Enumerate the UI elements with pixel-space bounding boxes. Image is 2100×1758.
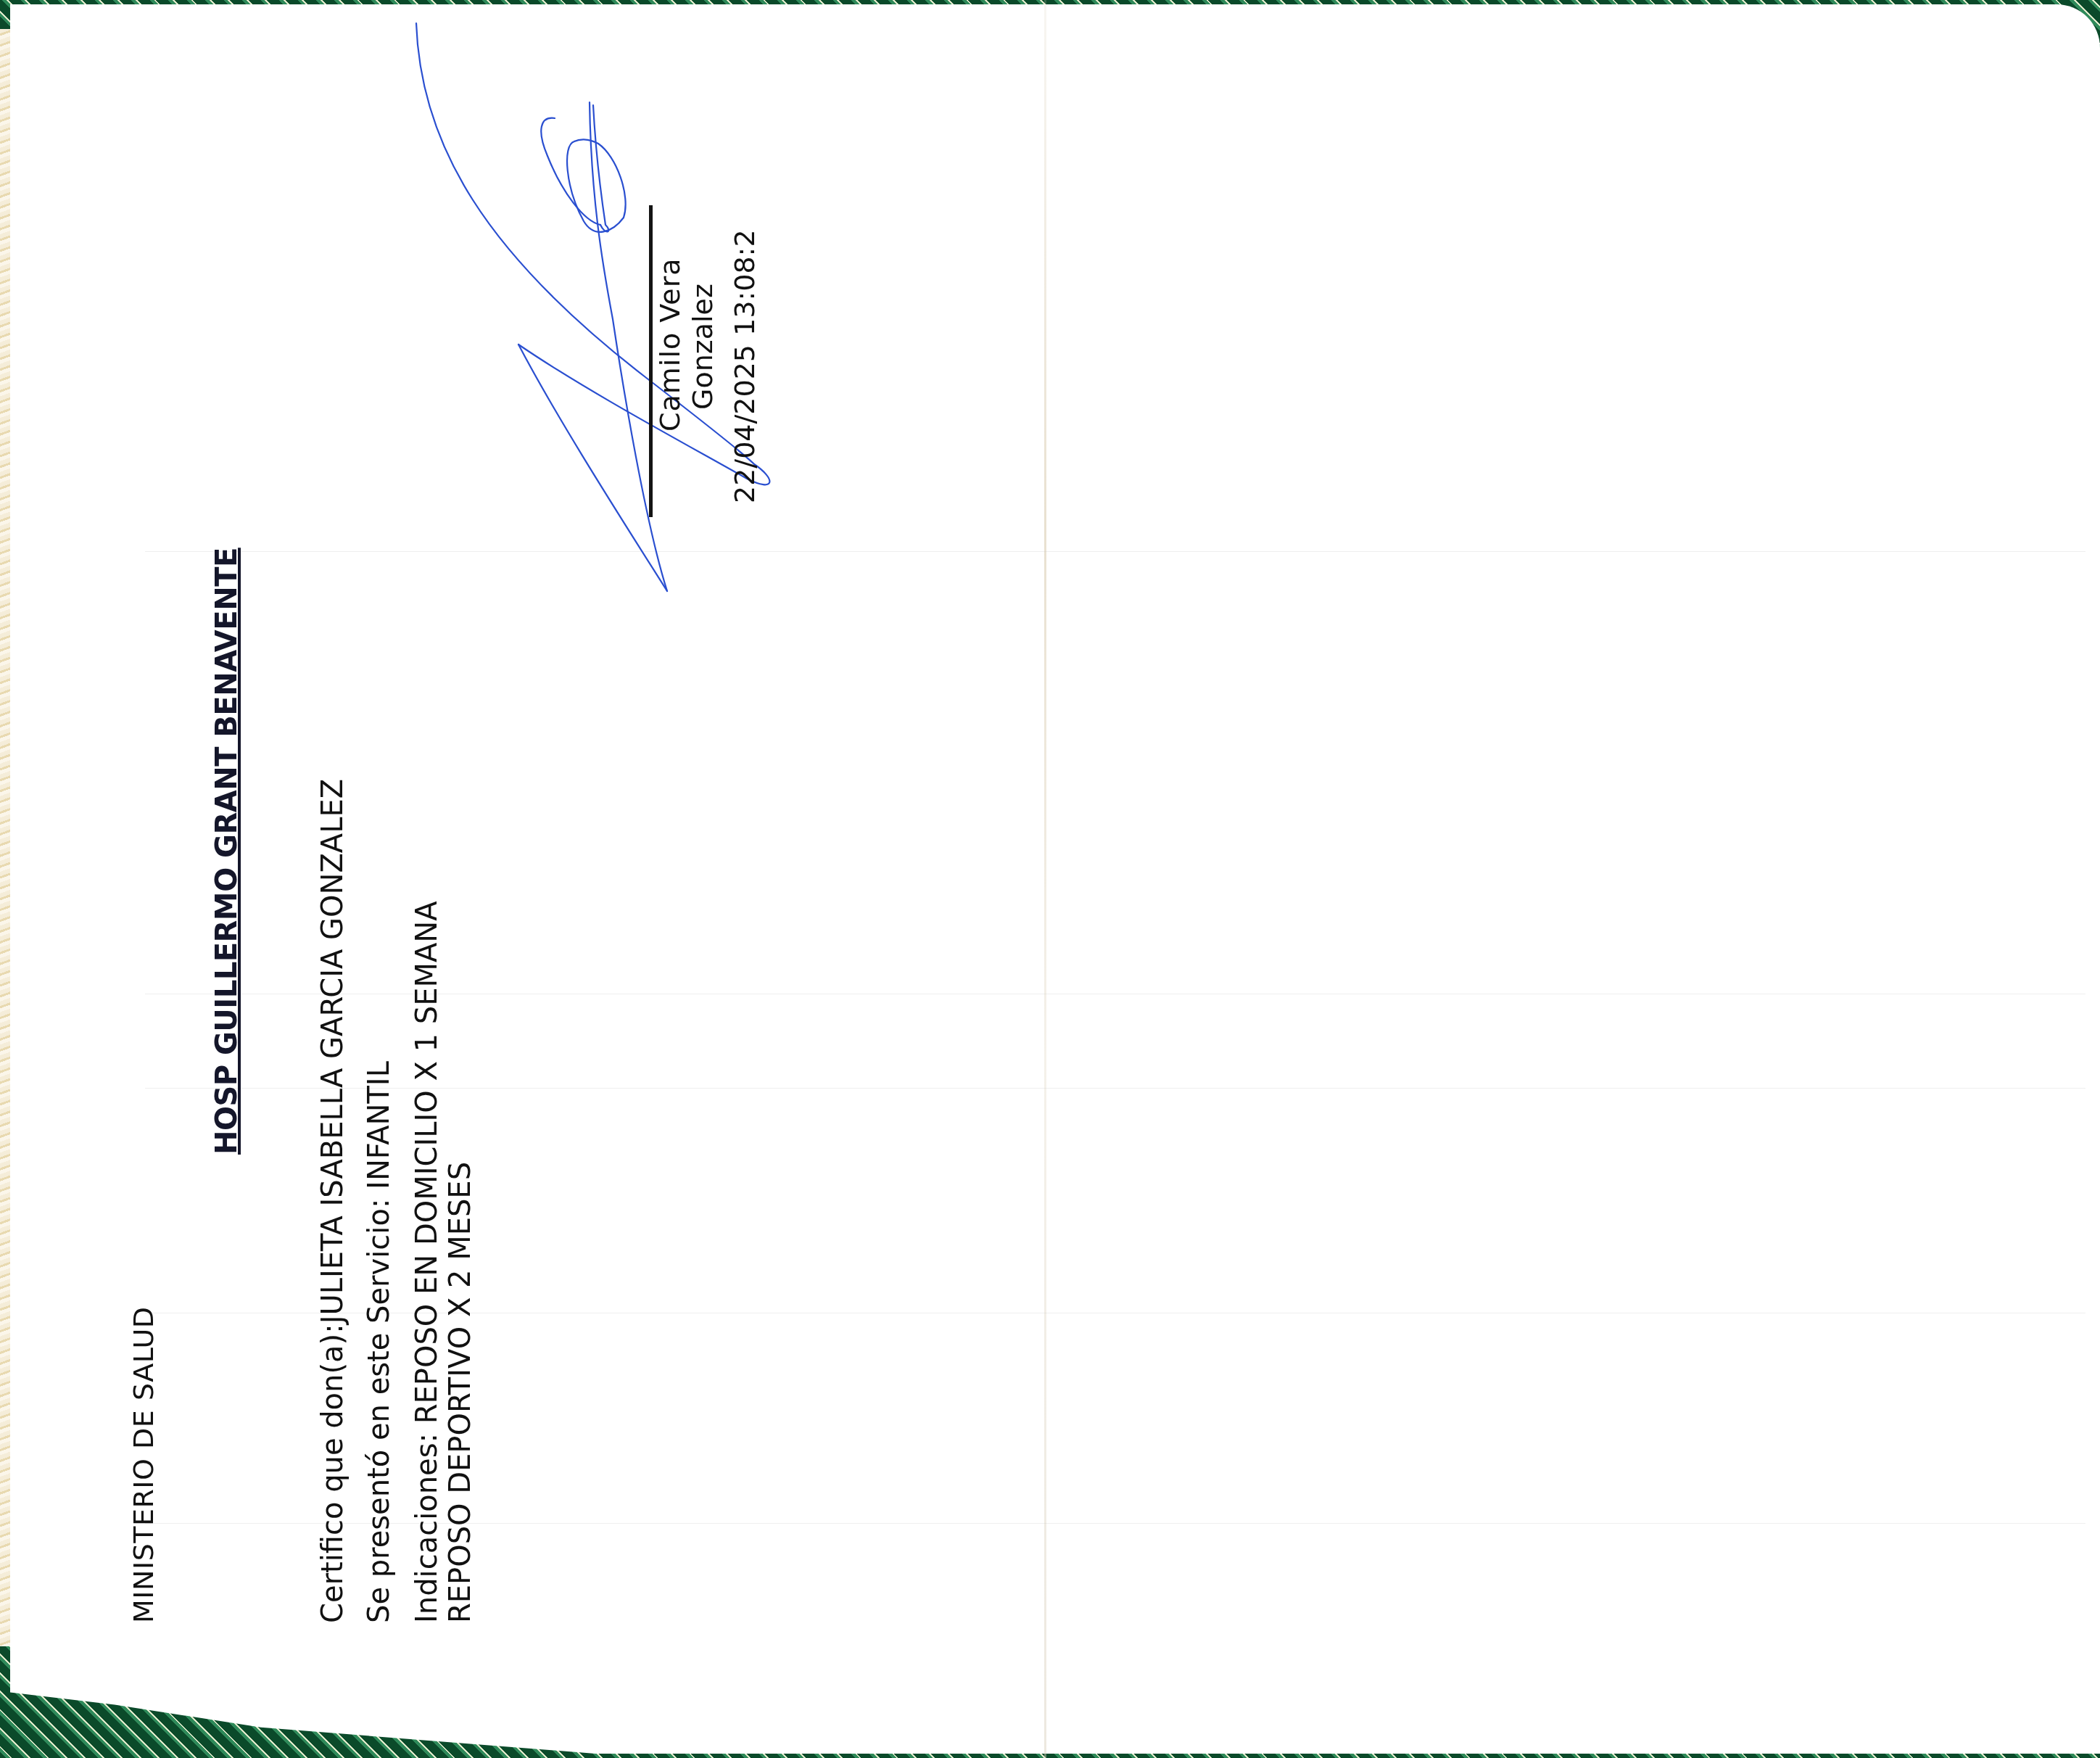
service-line: Se presentó en este Servicio: INFANTIL <box>363 1061 396 1623</box>
indications-line: Indicaciones: REPOSO EN DOMICILIO X 1 SE… <box>410 901 444 1623</box>
hospital-title: HOSP GUILLERMO GRANT BENAVENTE <box>210 548 244 1155</box>
signer-name: Camilo Vera <box>654 257 686 432</box>
ministry-heading: MINISTERIO DE SALUD <box>128 1306 160 1623</box>
indications-line-2: REPOSO DEPORTIVO X 2 MESES <box>444 1162 477 1623</box>
signature-line <box>649 205 653 517</box>
signature-timestamp: 22/04/2025 13:08:2 <box>729 229 761 503</box>
certify-line: Certifico que don(a):JULIETA ISABELLA GA… <box>316 779 350 1623</box>
certificate-document: MINISTERIO DE SALUD HOSP GUILLERMO GRANT… <box>0 0 2100 1758</box>
signer-surname: Gonzalez <box>687 284 719 410</box>
